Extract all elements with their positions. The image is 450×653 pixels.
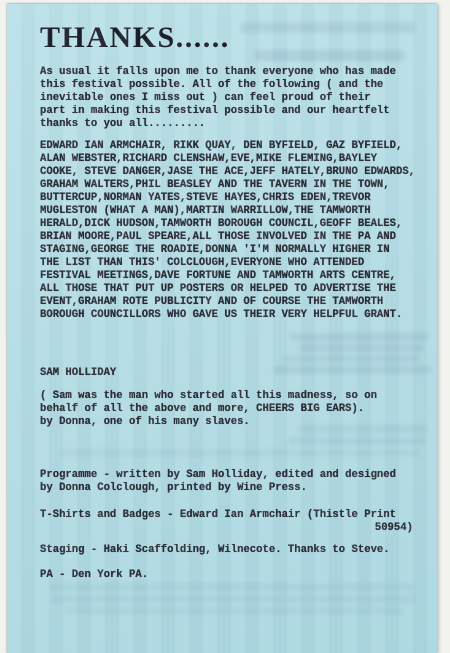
intro-paragraph: As usual it falls upon me to thank every… [40, 66, 396, 131]
showthrough-smudge [60, 449, 420, 457]
showthrough-smudge [50, 595, 415, 603]
showthrough-smudge [290, 333, 428, 341]
pa-credit: PA - Den York PA. [40, 569, 148, 582]
page-title: THANKS...... [40, 21, 230, 55]
showthrough-smudge [274, 366, 432, 374]
paper: THANKS...... As usual it falls upon me t… [7, 4, 437, 653]
tshirts-badges-credit: T-Shirts and Badges - Edward Ian Armchai… [40, 509, 396, 522]
showthrough-smudge [288, 437, 426, 445]
showthrough-smudge [298, 344, 424, 352]
programme-credit: Programme - written by Sam Holliday, edi… [40, 469, 396, 495]
thanks-list: EDWARD IAN ARMCHAIR, RIKK QUAY, DEN BYFI… [40, 140, 415, 322]
showthrough-smudge [240, 22, 415, 33]
showthrough-smudge [50, 583, 415, 591]
showthrough-smudge [284, 355, 420, 363]
scanned-page: THANKS...... As usual it falls upon me t… [0, 0, 450, 653]
staging-credit: Staging - Haki Scaffolding, Wilnecote. T… [40, 544, 390, 557]
showthrough-smudge [255, 50, 405, 61]
showthrough-smudge [65, 607, 405, 615]
tshirts-badges-credit-number: 50954) [40, 522, 413, 535]
sam-holliday-heading: SAM HOLLIDAY [40, 367, 116, 380]
sam-holliday-note: ( Sam was the man who started all this m… [40, 390, 377, 429]
